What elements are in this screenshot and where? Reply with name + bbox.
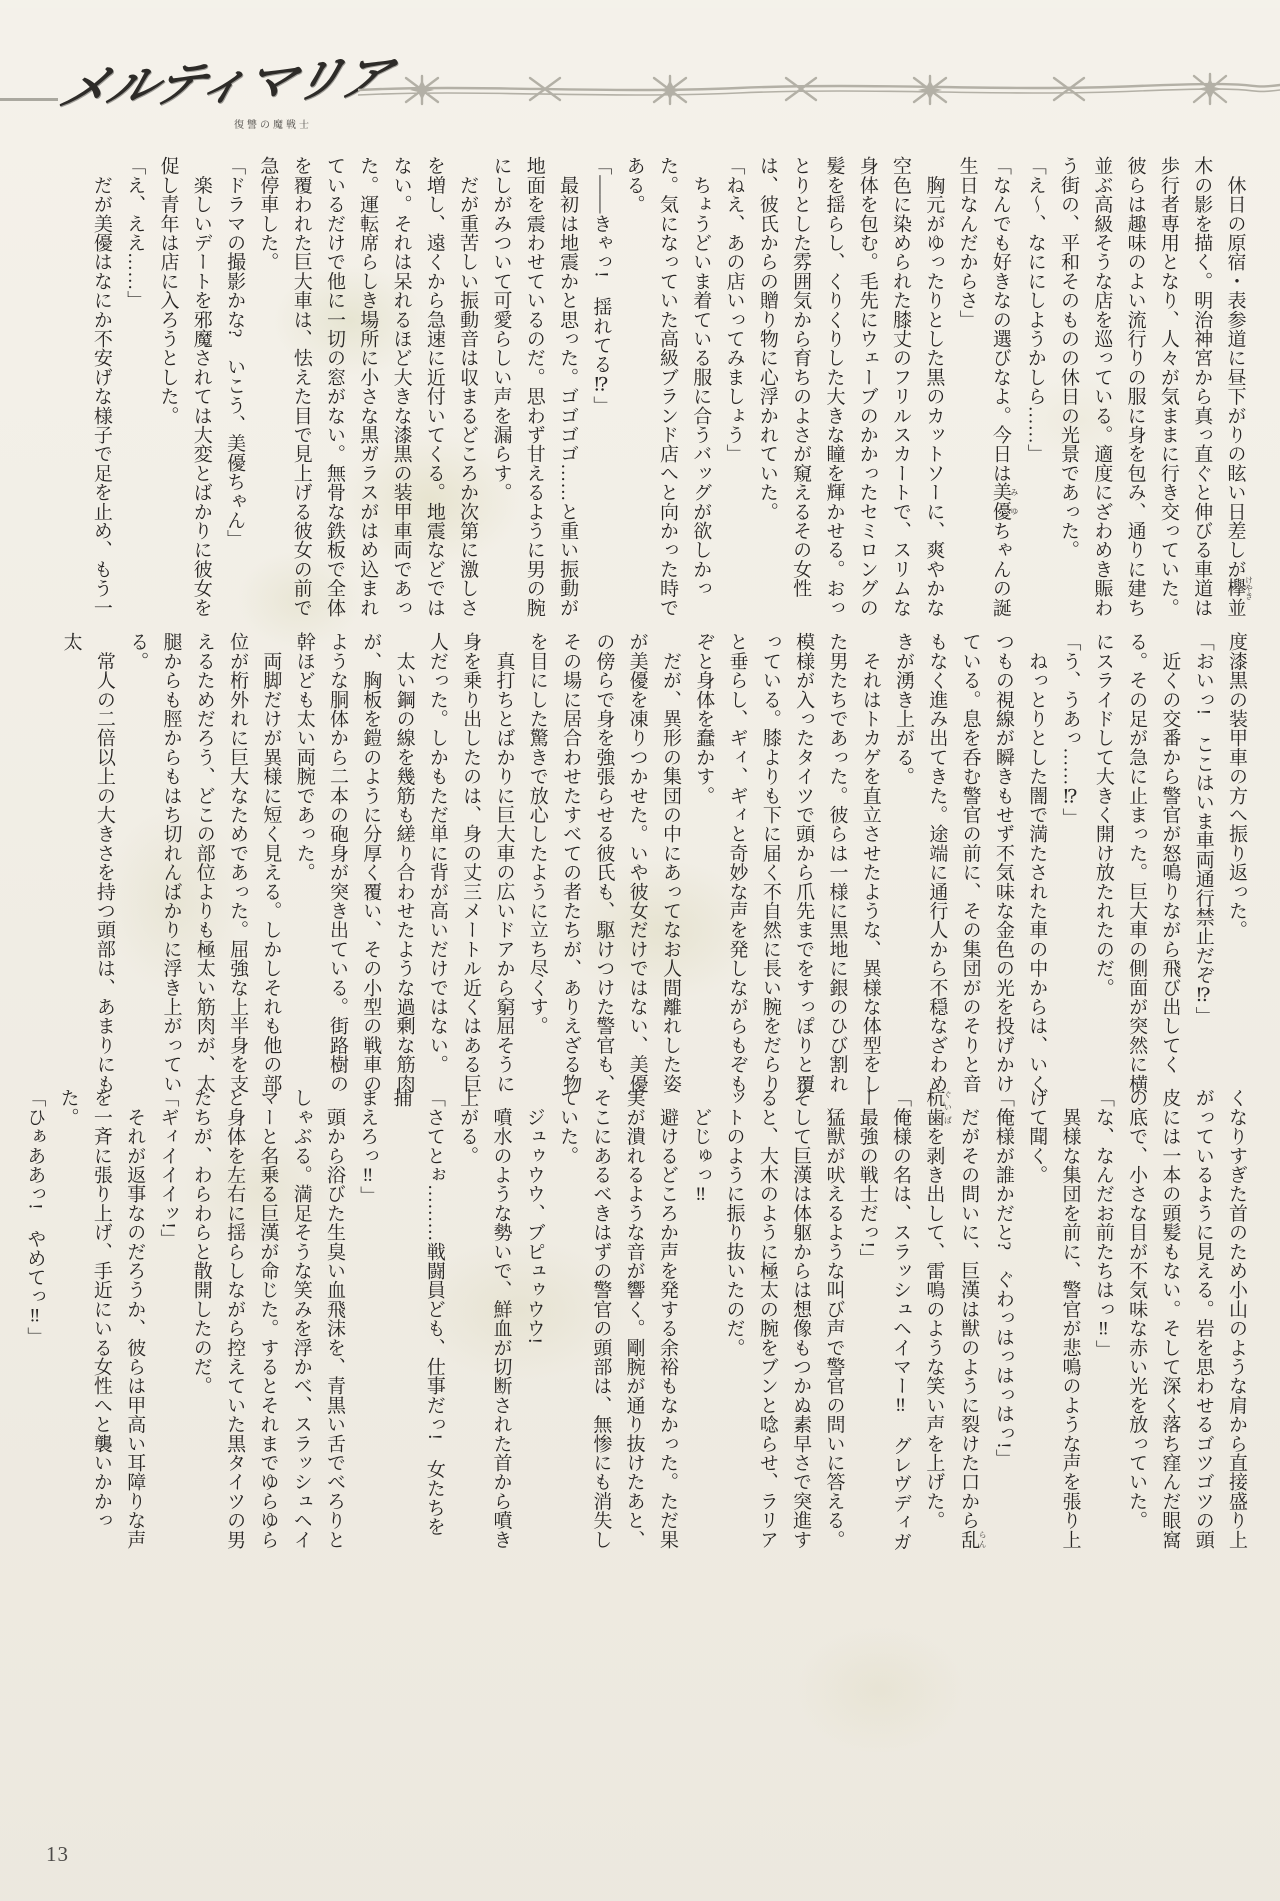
text-column: 上がる。 <box>451 1088 484 1554</box>
text-column: 常人の二倍以上の大きさを持つ頭部は、あまりにも太 <box>54 632 121 1098</box>
text-column: 最初は地震かと思った。ゴゴゴゴ……と重い振動が <box>551 156 584 622</box>
text-column: を目にした驚きで放心したように立ち尽くす。 <box>520 632 553 1098</box>
text-column: もなく進み出てきた。途端に通行人から不穏なざわめ <box>920 632 953 1098</box>
text-column: 両脚だけが異様に短く見える。しかしそれも他の部 <box>254 632 287 1098</box>
text-column: 「俺様の名は、スラッシュヘイマー‼ グレヴディガ <box>884 1088 917 1554</box>
text-column: 幹ほども太い両腕であった。 <box>287 632 320 1098</box>
text-column: 空色に染められた膝丈のフリルスカートで、スリムな <box>884 156 917 622</box>
text-column: は、彼氏からの贈り物に心浮かれていた。 <box>751 156 784 622</box>
text-column: を増し、遠くから急速に近付いてくる。地震などでは <box>418 156 451 622</box>
text-column: 猛獣が吠えるような叫び声で警官の問いに答える。 <box>817 1088 850 1554</box>
text-column: たちが、わらわらと散開したのだ。 <box>185 1088 218 1554</box>
text-column: ちょうどいま着ている服に合うバッグが欲しかっ <box>684 156 717 622</box>
text-column: くなりすぎた首のため小山のような肩から直接盛り上 <box>1220 1088 1253 1554</box>
text-column: ぞと身体を蠢かす。 <box>687 632 720 1098</box>
text-column: げて聞く。 <box>1020 1088 1053 1554</box>
text-column: ている。息を呑む警官の前に、その集団がのそりと音 <box>953 632 986 1098</box>
text-column: 模様が入ったタイツで頭から爪先までをすっぽりと覆 <box>787 632 820 1098</box>
text-column: ットのように振り抜いたのだ。 <box>717 1088 750 1554</box>
series-logo: メルティマリア 復讐の魔戦士 <box>52 50 392 140</box>
text-column: た。運転席らしき場所に小さな黒ガラスがはめ込まれ <box>351 156 384 622</box>
text-band-1: 休日の原宿・表参道に昼下がりの眩い日差しが欅けやき並木の影を描く。明治神宮から真… <box>87 156 1253 622</box>
text-column: 彼らは趣味のよい流行りの服に身を包み、通りに建ち <box>1118 156 1151 622</box>
series-logo-subtitle: 復讐の魔戦士 <box>234 116 312 131</box>
text-column: 避けるどころか声を発する余裕もなかった。ただ果 <box>651 1088 684 1554</box>
text-column: どじゅっ‼ <box>684 1088 717 1554</box>
text-column: ているだけで他に一切の窓がない。無骨な鉄板で全体 <box>318 156 351 622</box>
text-column: ー最強の戦士だっ!」 <box>850 1088 883 1554</box>
header-rule-line <box>0 98 58 101</box>
text-column: 頭から浴びた生臭い血飛沫を、青黒い舌でべろりと <box>318 1088 351 1554</box>
text-column: 「俺様が誰かだと? ぐわっはっはっはっ!」 <box>987 1088 1020 1554</box>
text-column: た男たちであった。彼らは一様に黒地に銀のひび割れ <box>820 632 853 1098</box>
text-column: 「おいっ! ここはいま車両通行禁止だぞ⁉」 <box>1186 632 1219 1098</box>
text-column: 腿からも脛からもはち切れんばかりに浮き上がってい <box>154 632 187 1098</box>
text-column: っている。膝よりも下に届く不自然に長い腕をだらり <box>754 632 787 1098</box>
text-column: とりとした雰囲気から育ちのよさが窺えるその女性 <box>784 156 817 622</box>
text-column: 並ぶ高級そうな店を巡っている。適度にざわめき賑わ <box>1085 156 1118 622</box>
text-column: と垂らし、ギィ、ギィと奇妙な声を発しながらもぞも <box>720 632 753 1098</box>
text-column: えるためだろう、どこの部位よりも極太い筋肉が、太 <box>188 632 221 1098</box>
text-column: 位が桁外れに巨大なためであった。屈強な上半身を支 <box>221 632 254 1098</box>
text-column: 異様な集団を前に、警官が悲鳴のような声を張り上 <box>1053 1088 1086 1554</box>
text-column: 身体を包む。毛先にウェーブのかかったセミロングの <box>850 156 883 622</box>
text-column: にスライドして大きく開け放たれたのだ。 <box>1087 632 1120 1098</box>
text-column: を一斉に張り上げ、手近にいる女性へと襲いかかった。 <box>51 1088 118 1554</box>
text-column: 歩行者専用となり、人々が気ままに行き交っていた。 <box>1152 156 1185 622</box>
text-column: 髪を揺らし、くりくりした大きな瞳を輝かせる。おっ <box>817 156 850 622</box>
text-band-3: くなりすぎた首のため小山のような肩から直接盛り上がっているように見える。岩を思わ… <box>87 1088 1253 1554</box>
text-column: ていた。 <box>551 1088 584 1554</box>
text-column: そして巨漢は体躯からは想像もつかぬ素早さで突進す <box>784 1088 817 1554</box>
text-column: る。その足が急に止まった。巨大車の側面が突然に横 <box>1120 632 1153 1098</box>
text-column: 「ギィイイイッ!」 <box>151 1088 184 1554</box>
text-column: 「さてとぉ………戦闘員ども、仕事だっ! 女たちを捕 <box>384 1088 451 1554</box>
text-column: がっているように見える。岩を思わせるゴツゴツの頭 <box>1186 1088 1219 1554</box>
text-column: それはトカゲを直立させたような、異様な体型をし <box>853 632 886 1098</box>
page-number: 13 <box>46 1842 69 1867</box>
text-column: その場に居合わせたすべての者たちが、ありえざる物 <box>554 632 587 1098</box>
text-column: ある。 <box>617 156 650 622</box>
text-column: ない。それは呆れるほど大きな漆黒の装甲車両であっ <box>384 156 417 622</box>
text-column: 「ひぁああっ! やめてっ‼」 <box>18 1088 51 1554</box>
text-column: そこにあるべきはずの警官の頭部は、無惨にも消失し <box>584 1088 617 1554</box>
text-column: つもの視線が瞬きもせず不気味な金色の光を投げかけ <box>987 632 1020 1098</box>
text-column: ねっとりとした闇で満たされた車の中からは、いく <box>1020 632 1053 1098</box>
text-column: 急停車した。 <box>251 156 284 622</box>
barbed-wire-ornament <box>358 66 1280 114</box>
text-column: 「ドラマの撮影かな? いこう、美優ちゃん」 <box>218 156 251 622</box>
text-column: マーと名乗る巨漢が命じた。するとそれまでゆらゆら <box>251 1088 284 1554</box>
text-column: 生日なんだからさ」 <box>950 156 983 622</box>
text-column: 近くの交番から警官が怒鳴りながら飛び出してく <box>1153 632 1186 1098</box>
text-column: 「え、ええ……」 <box>118 156 151 622</box>
text-column: 噴水のような勢いで、鮮血が切断された首から噴き <box>484 1088 517 1554</box>
text-column: それが返事なのだろうか、彼らは甲高い耳障りな声 <box>118 1088 151 1554</box>
text-column: 「う、うあっ……⁉」 <box>1053 632 1086 1098</box>
text-column: ジュゥウウ、ブピュゥウウ! <box>517 1088 550 1554</box>
text-column: 人だった。しかもただ単に背が高いだけではない。 <box>421 632 454 1098</box>
text-column: 皮には一本の頭髪もない。そして深く落ち窪んだ眼窩 <box>1153 1088 1186 1554</box>
text-band-2: 度漆黒の装甲車の方へ振り返った。「おいっ! ここはいま車両通行禁止だぞ⁉」 近く… <box>87 632 1253 1098</box>
text-column: 実が潰れるような音が響く。剛腕が通り抜けたあと、 <box>617 1088 650 1554</box>
text-column: が、胸板を鎧のように分厚く覆い、その小型の戦車の <box>354 632 387 1098</box>
text-column: にしがみついて可愛らしい声を漏らす。 <box>484 156 517 622</box>
text-column: の傍らで身を強張らせる彼氏も、駆けつけた警官も、 <box>587 632 620 1098</box>
text-column: だが重苦しい振動音は収まるどころか次第に激しさ <box>451 156 484 622</box>
text-column: ような胴体から二本の砲身が突き出ている。街路樹の <box>321 632 354 1098</box>
text-column: う街の、平和そのものの休日の光景であった。 <box>1052 156 1085 622</box>
text-column: まえろっ‼」 <box>351 1088 384 1554</box>
text-column: 太い鋼の線を幾筋も縒り合わせたような過剰な筋肉 <box>387 632 420 1098</box>
text-column: 「なんでも好きなの選びなよ。今日は美優みゆちゃんの誕 <box>984 156 1019 622</box>
text-column: しゃぶる。満足そうな笑みを浮かべ、スラッシュヘイ <box>284 1088 317 1554</box>
text-column: の底で、小さな目が不気味な赤い光を放っていた。 <box>1120 1088 1153 1554</box>
text-column: 「――きゃっ! 揺れてる⁉」 <box>584 156 617 622</box>
text-column: 木の影を描く。明治神宮から真っ直ぐと伸びる車道は <box>1185 156 1218 622</box>
text-column: 胸元がゆったりとした黒のカットソーに、爽やかな <box>917 156 950 622</box>
text-column: だがその問いに、巨漢は獣のように裂けた口から乱らん <box>952 1088 987 1554</box>
text-column: 度漆黒の装甲車の方へ振り返った。 <box>1220 632 1253 1098</box>
text-column: が美優を凍りつかせた。いや彼女だけではない、美優 <box>620 632 653 1098</box>
text-column: 真打ちとばかりに巨大車の広いドアから窮屈そうに <box>487 632 520 1098</box>
text-column: 杭歯ぐいばを剥き出して、雷鳴のような笑い声を上げた。 <box>917 1088 952 1554</box>
text-column: 「ねえ、あの店いってみましょう」 <box>717 156 750 622</box>
novel-page: メルティマリア 復讐の魔戦士 休日の原宿・表参道に昼下がりの眩い日 <box>0 0 1280 1901</box>
text-column: ると、大木のように極太の腕をブンと唸らせ、ラリア <box>751 1088 784 1554</box>
text-column: だが、異形の集団の中にあってなお人間離れした姿 <box>654 632 687 1098</box>
text-column: きが湧き上がる。 <box>887 632 920 1098</box>
text-column: た。気になっていた高級ブランド店へと向かった時で <box>651 156 684 622</box>
text-column: と身体を左右に揺らしながら控えていた黒タイツの男 <box>218 1088 251 1554</box>
text-column: 休日の原宿・表参道に昼下がりの眩い日差しが欅けやき並 <box>1218 156 1253 622</box>
text-column: 身を乗り出したのは、身の丈三メートル近くはある巨 <box>454 632 487 1098</box>
text-column: 「え〜、なににしようかしら……」 <box>1018 156 1051 622</box>
text-column: 楽しいデートを邪魔されては大変とばかりに彼女を <box>185 156 218 622</box>
text-column: だが美優はなにか不安げな様子で足を止め、もう一 <box>85 156 118 622</box>
text-column: 促し青年は店に入ろうとした。 <box>151 156 184 622</box>
text-column: を覆われた巨大車は、怯えた目で見上げる彼女の前で <box>284 156 317 622</box>
text-column: 地面を震わせているのだ。思わず甘えるように男の腕 <box>517 156 550 622</box>
text-column: 「な、なんだお前たちはっ‼」 <box>1087 1088 1120 1554</box>
text-column: る。 <box>121 632 154 1098</box>
